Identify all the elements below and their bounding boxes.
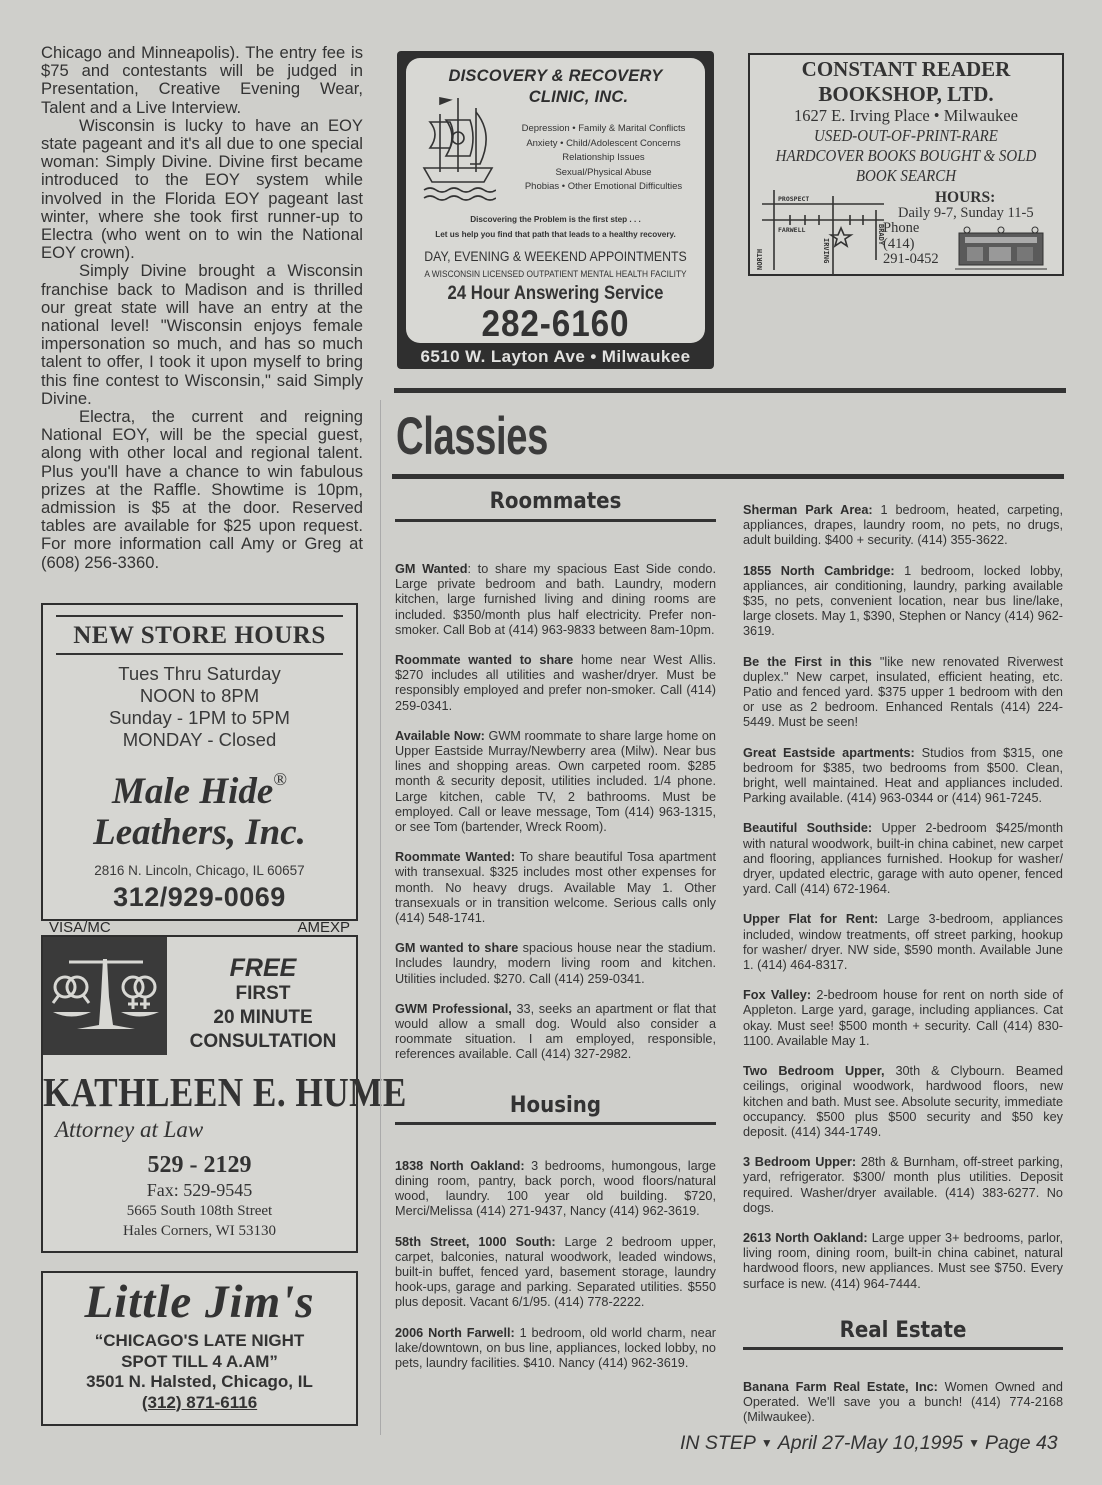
article-paragraph: Chicago and Minneapolis). The entry fee …	[41, 44, 363, 117]
triangle-separator-icon: ▼	[756, 1436, 778, 1450]
tagline-line-1: Discovering the Problem is the first ste…	[406, 213, 705, 228]
listing-heading: Banana Farm Real Estate, Inc:	[743, 1380, 938, 1394]
listing-heading: GWM Professional,	[395, 1002, 512, 1016]
page-footer: IN STEP▼April 27-May 10,1995▼Page 43	[680, 1432, 1058, 1455]
bookshop-phone: 291-0452	[883, 252, 939, 268]
offer-line: CONSULTATION	[173, 1030, 353, 1054]
listing-heading: Roommate wanted to share	[395, 653, 573, 667]
brand-line-2: Leathers, Inc.	[93, 812, 306, 853]
storefront-illustration-icon	[955, 225, 1047, 273]
listing-heading: 1838 North Oakland:	[395, 1159, 525, 1173]
listing-heading: 2613 North Oakland:	[743, 1231, 868, 1245]
clinic-phone: 282-6160	[421, 304, 690, 344]
store-hours-list: Tues Thru Saturday NOON to 8PM Sunday - …	[43, 663, 356, 751]
brand-line-1: Male Hide	[112, 771, 273, 812]
classified-listing: Available Now: GWM roommate to share lar…	[395, 729, 716, 835]
classified-listing: Sherman Park Area: 1 bedroom, heated, ca…	[743, 503, 1063, 549]
little-jims-logo: Little Jim's	[43, 1273, 356, 1331]
free-consultation-offer: FREE FIRST 20 MINUTE CONSULTATION	[173, 955, 353, 1054]
attorney-street: 5665 South 108th Street	[43, 1201, 356, 1221]
jims-phone: (312) 871-6116	[43, 1393, 356, 1414]
listing-heading: Roommate Wanted:	[395, 850, 515, 864]
classified-listing: 2613 North Oakland: Large upper 3+ bedro…	[743, 1231, 1063, 1292]
listing-heading: Available Now:	[395, 729, 485, 743]
section-heading-real-estate: Real Estate	[759, 1317, 1047, 1345]
listing-heading: Great Eastside apartments:	[743, 746, 915, 760]
attorney-name: KATHLEEN E. HUME	[43, 1068, 312, 1116]
bookshop-tag: BOOK SEARCH	[769, 166, 1044, 186]
clinic-title-line-1: DISCOVERY & RECOVERY	[449, 67, 663, 85]
jims-line: SPOT TILL 4 A.AM”	[43, 1352, 356, 1373]
column-divider	[380, 400, 381, 1435]
sailing-ship-icon	[420, 94, 496, 204]
clinic-tagline: Discovering the Problem is the first ste…	[406, 213, 705, 242]
svg-text:FARWELL: FARWELL	[778, 226, 805, 234]
classified-listing: Banana Farm Real Estate, Inc: Women Owne…	[743, 1380, 1063, 1426]
publication-name: IN STEP	[680, 1432, 756, 1454]
issue-line: Depression • Family & Marital Conflicts	[506, 122, 701, 137]
listing-heading: GM wanted to share	[395, 941, 518, 955]
listing-heading: Be the First in this	[743, 655, 872, 669]
article-text: Chicago and Minneapolis). The entry fee …	[41, 44, 363, 572]
classified-listing: Two Bedroom Upper, 30th & Clybourn. Beam…	[743, 1064, 1063, 1140]
store-hours-heading: NEW STORE HOURS	[56, 615, 343, 655]
classifieds-column-middle: Roommates GM Wanted: to share my spaciou…	[395, 488, 716, 1386]
listing-heading: 3 Bedroom Upper:	[743, 1155, 856, 1169]
page-number: Page 43	[985, 1432, 1058, 1454]
triangle-separator-icon: ▼	[963, 1436, 985, 1450]
clinic-license: A WISCONSIN LICENSED OUTPATIENT MENTAL H…	[424, 269, 687, 281]
store-brand: Male Hide® Leathers, Inc.	[43, 759, 356, 853]
male-hide-leathers-ad: NEW STORE HOURS Tues Thru Saturday NOON …	[41, 603, 358, 921]
svg-text:NORTH: NORTH	[756, 249, 764, 270]
classifieds-column-right: Sherman Park Area: 1 bedroom, heated, ca…	[743, 503, 1063, 1440]
classified-listing: Upper Flat for Rent: Large 3-bedroom, ap…	[743, 912, 1063, 973]
classified-listing: 3 Bedroom Upper: 28th & Burnham, off-str…	[743, 1155, 1063, 1216]
bookshop-name: CONSTANT READER BOOKSHOP, LTD.	[750, 57, 1062, 106]
classified-listing: 58th Street, 1000 South: Large 2 bedroom…	[395, 1235, 716, 1311]
classified-listing: 1855 North Cambridge: 1 bedroom, locked …	[743, 564, 1063, 640]
clinic-answering-service: 24 Hour Answering Service	[424, 283, 687, 305]
article-paragraph: Wisconsin is lucky to have an EOY state …	[41, 117, 363, 263]
cards-left: VISA/MC	[49, 919, 111, 936]
little-jims-ad: Little Jim's “CHICAGO'S LATE NIGHT SPOT …	[41, 1271, 358, 1426]
constant-reader-bookshop-ad: CONSTANT READER BOOKSHOP, LTD. 1627 E. I…	[748, 53, 1064, 276]
clinic-issues-list: Depression • Family & Marital Conflicts …	[506, 122, 701, 195]
listing-heading: 1855 North Cambridge:	[743, 564, 895, 578]
issue-line: Phobias • Other Emotional Difficulties	[506, 180, 701, 195]
listing-heading: Beautiful Southside:	[743, 821, 872, 835]
listing-heading: Two Bedroom Upper,	[743, 1064, 885, 1078]
classies-bottom-rule	[392, 474, 1064, 479]
scales-of-justice-icon	[43, 937, 167, 1055]
store-phone: 312/929-0069	[43, 882, 356, 913]
payment-methods: VISA/MC AMEXP	[43, 913, 356, 936]
classified-listing: Beautiful Southside: Upper 2-bedroom $42…	[743, 821, 1063, 897]
attorney-ad: FREE FIRST 20 MINUTE CONSULTATION KATHLE…	[41, 935, 358, 1253]
bookshop-name-line-2: BOOKSHOP, LTD.	[750, 82, 1062, 107]
article-paragraph: Electra, the current and reigning Nation…	[41, 408, 363, 572]
classies-title: Classies	[396, 406, 548, 468]
classified-listing: GM wanted to share spacious house near t…	[395, 941, 716, 987]
article-paragraph: Simply Divine brought a Wisconsin franch…	[41, 262, 363, 408]
bookshop-address: 1627 E. Irving Place • Milwaukee	[750, 106, 1062, 126]
classified-listing: Roommate Wanted: To share beautiful Tosa…	[395, 850, 716, 926]
phone-label: Phone	[883, 221, 939, 237]
classified-listing: Great Eastside apartments: Studios from …	[743, 746, 1063, 807]
attorney-phone: 529 - 2129	[43, 1151, 356, 1179]
attorney-title: Attorney at Law	[55, 1117, 203, 1143]
hours-line: Tues Thru Saturday	[43, 663, 356, 685]
bookshop-phone-block: Phone (414) 291-0452	[883, 221, 939, 268]
street-map-icon: PROSPECT FARWELL NORTH IRVING BRADY	[752, 190, 884, 275]
registered-mark: ®	[273, 769, 287, 789]
hours-line: Sunday - 1PM to 5PM	[43, 707, 356, 729]
offer-line: 20 MINUTE	[173, 1006, 353, 1030]
classified-listing: GWM Professional, 33, seeks an apartment…	[395, 1002, 716, 1063]
clinic-ad-body: DISCOVERY & RECOVERY CLINIC, INC. Dep	[406, 58, 705, 343]
bookshop-tag: HARDCOVER BOOKS BOUGHT & SOLD	[769, 146, 1044, 166]
discovery-recovery-clinic-ad: DISCOVERY & RECOVERY CLINIC, INC. Dep	[397, 51, 714, 369]
classified-listing: 2006 North Farwell: 1 bedroom, old world…	[395, 1326, 716, 1372]
bookshop-name-line-1: CONSTANT READER	[750, 57, 1062, 82]
classified-listing: Be the First in this "like new renovated…	[743, 655, 1063, 731]
attorney-contacts: 529 - 2129 Fax: 529-9545 5665 South 108t…	[43, 1151, 356, 1241]
phone-area-code: (414)	[883, 237, 939, 253]
hours-line: MONDAY - Closed	[43, 729, 356, 751]
classies-top-rule	[394, 388, 1066, 393]
listing-heading: Upper Flat for Rent:	[743, 912, 878, 926]
classified-listing: Roommate wanted to share home near West …	[395, 653, 716, 714]
issue-line: Sexual/Physical Abuse	[506, 166, 701, 181]
clinic-address: 6510 W. Layton Ave • Milwaukee	[397, 347, 714, 367]
issue-line: Relationship Issues	[506, 151, 701, 166]
store-address: 2816 N. Lincoln, Chicago, IL 60657	[43, 863, 356, 878]
section-heading-housing: Housing	[411, 1092, 700, 1120]
listing-heading: Fox Valley:	[743, 988, 811, 1002]
tagline-line-2: Let us help you find that path that lead…	[406, 228, 705, 243]
classified-listing: Fox Valley: 2-bedroom house for rent on …	[743, 988, 1063, 1049]
free-label: FREE	[173, 955, 353, 982]
listing-body: GWM roommate to share large home on Uppe…	[395, 729, 716, 834]
attorney-fax: Fax: 529-9545	[43, 1179, 356, 1201]
listing-heading: GM Wanted	[395, 562, 467, 576]
offer-line: FIRST	[173, 982, 353, 1006]
listing-heading: 2006 North Farwell:	[395, 1326, 515, 1340]
attorney-city: Hales Corners, WI 53130	[43, 1221, 356, 1241]
jims-line: “CHICAGO'S LATE NIGHT	[43, 1331, 356, 1352]
section-heading-roommates: Roommates	[411, 488, 700, 516]
hours-line: NOON to 8PM	[43, 685, 356, 707]
bookshop-tag: USED-OUT-OF-PRINT-RARE	[769, 126, 1044, 146]
classified-listing: GM Wanted: to share my spacious East Sid…	[395, 562, 716, 638]
listing-heading: 58th Street, 1000 South:	[395, 1235, 556, 1249]
issue-dates: April 27-May 10,1995	[778, 1432, 963, 1454]
jims-address: 3501 N. Halsted, Chicago, IL	[43, 1372, 356, 1393]
issue-line: Anxiety • Child/Adolescent Concerns	[506, 137, 701, 152]
cards-right: AMEXP	[297, 919, 350, 936]
svg-text:PROSPECT: PROSPECT	[778, 195, 809, 203]
svg-text:IRVING: IRVING	[822, 238, 830, 263]
clinic-appointments: DAY, EVENING & WEEKEND APPOINTMENTS	[424, 248, 687, 265]
classified-listing: 1838 North Oakland: 3 bedrooms, humongou…	[395, 1159, 716, 1220]
listing-heading: Sherman Park Area:	[743, 503, 873, 517]
